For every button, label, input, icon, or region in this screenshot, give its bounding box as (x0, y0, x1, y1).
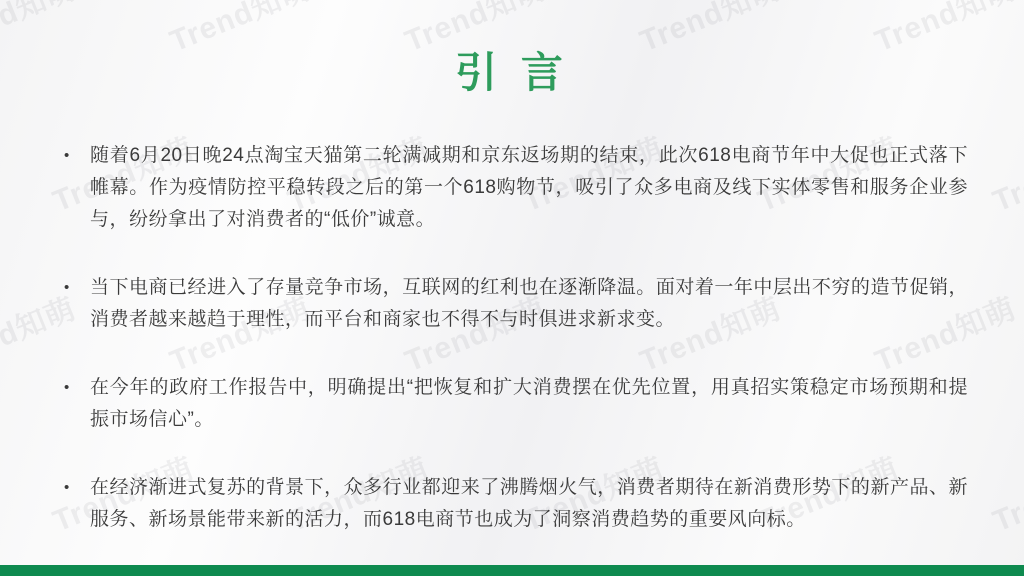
list-item: • 随着6月20日晚24点淘宝天猫第二轮满减期和京东返场期的结束，此次618电商… (64, 140, 968, 236)
slide-content: • 随着6月20日晚24点淘宝天猫第二轮满减期和京东返场期的结束，此次618电商… (64, 140, 968, 572)
bullet-text: 在经济渐进式复苏的背景下，众多行业都迎来了沸腾烟火气，消费者期待在新消费形势下的… (90, 472, 968, 536)
bullet-marker: • (64, 272, 90, 336)
bullet-marker: • (64, 472, 90, 536)
list-item: • 在今年的政府工作报告中，明确提出“把恢复和扩大消费摆在优先位置，用真招实策稳… (64, 372, 968, 436)
list-item: • 当下电商已经进入了存量竞争市场，互联网的红利也在逐渐降温。面对着一年中层出不… (64, 272, 968, 336)
list-item: • 在经济渐进式复苏的背景下，众多行业都迎来了沸腾烟火气，消费者期待在新消费形势… (64, 472, 968, 536)
watermark-text: Trend知萌 (985, 124, 1024, 220)
watermark-text: Trend知萌 (985, 444, 1024, 540)
footer-bar (0, 565, 1024, 576)
bullet-text: 当下电商已经进入了存量竞争市场，互联网的红利也在逐渐降温。面对着一年中层出不穷的… (90, 272, 968, 336)
title-wrap: 引 言 (0, 40, 1024, 100)
bullet-list: • 随着6月20日晚24点淘宝天猫第二轮满减期和京东返场期的结束，此次618电商… (64, 140, 968, 536)
bullet-marker: • (64, 140, 90, 236)
page-title: 引 言 (455, 40, 569, 100)
bullet-marker: • (64, 372, 90, 436)
bullet-text: 随着6月20日晚24点淘宝天猫第二轮满减期和京东返场期的结束，此次618电商节年… (90, 140, 968, 236)
bullet-text: 在今年的政府工作报告中，明确提出“把恢复和扩大消费摆在优先位置，用真招实策稳定市… (90, 372, 968, 436)
